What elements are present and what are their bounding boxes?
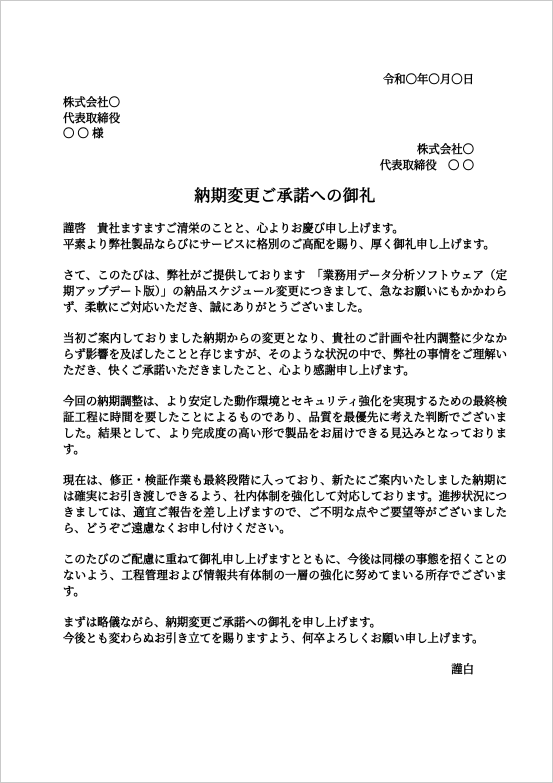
letter-date: 令和〇年〇月〇日 (63, 72, 507, 88)
closing-word: 謹白 (63, 662, 507, 678)
letter-title: 納期変更ご承諾への御礼 (63, 187, 507, 207)
body-paragraph: さて、このたびは、弊社がご提供しております 「業務用データ分析ソフトウェア（定期… (63, 268, 507, 316)
paragraph-line: まずは略儀ながら、納期変更ご承諾への御礼を申し上げます。 (63, 615, 507, 631)
paragraph-line: 謹啓 貴社ますますご清栄のことと、心よりお慶び申し上げます。 (63, 221, 507, 237)
paragraph-line: さて、このたびは、弊社がご提供しております 「業務用データ分析ソフトウェア（定期… (63, 268, 507, 316)
paragraph-line: 今回の納期調整は、より安定した動作環境とセキュリティ強化を実現するための最終検証… (63, 394, 507, 458)
recipient-name: 〇 〇 様 (63, 127, 507, 143)
body-paragraph: このたびのご配慮に重ねて御礼申し上げますとともに、今後は同様の事態を招くことのな… (63, 552, 507, 600)
recipient-title: 代表取締役 (63, 112, 507, 128)
letter-page: 令和〇年〇月〇日 株式会社〇 代表取締役 〇 〇 様 株式会社〇 代表取締役 〇… (0, 0, 553, 783)
body-paragraph: 今回の納期調整は、より安定した動作環境とセキュリティ強化を実現するための最終検証… (63, 394, 507, 458)
paragraph-line: 現在は、修正・検証作業も最終段階に入っており、新たにご案内いたしました納期には確… (63, 473, 507, 537)
paragraph-line: このたびのご配慮に重ねて御礼申し上げますとともに、今後は同様の事態を招くことのな… (63, 552, 507, 600)
body-paragraph: 現在は、修正・検証作業も最終段階に入っており、新たにご案内いたしました納期には確… (63, 473, 507, 537)
body-paragraph: 謹啓 貴社ますますご清栄のことと、心よりお慶び申し上げます。平素より弊社製品なら… (63, 221, 507, 253)
recipient-block: 株式会社〇 代表取締役 〇 〇 様 (63, 96, 507, 143)
body-paragraph: 当初ご案内しておりました納期からの変更となり、貴社のご計画や社内調整に少なからず… (63, 331, 507, 379)
paragraph-line: 平素より弊社製品ならびにサービスに格別のご高配を賜り、厚く御礼申し上げます。 (63, 237, 507, 253)
letter-body: 謹啓 貴社ますますご清栄のことと、心よりお慶び申し上げます。平素より弊社製品なら… (63, 221, 507, 647)
sender-representative: 代表取締役 〇 〇 (63, 159, 474, 175)
sender-block: 株式会社〇 代表取締役 〇 〇 (63, 143, 507, 174)
recipient-company: 株式会社〇 (63, 96, 507, 112)
paragraph-line: 今後とも変わらぬお引き立てを賜りますよう、何卒よろしくお願い申し上げます。 (63, 631, 507, 647)
sender-company: 株式会社〇 (63, 143, 474, 159)
paragraph-line: 当初ご案内しておりました納期からの変更となり、貴社のご計画や社内調整に少なからず… (63, 331, 507, 379)
body-paragraph: まずは略儀ながら、納期変更ご承諾への御礼を申し上げます。今後とも変わらぬお引き立… (63, 615, 507, 647)
